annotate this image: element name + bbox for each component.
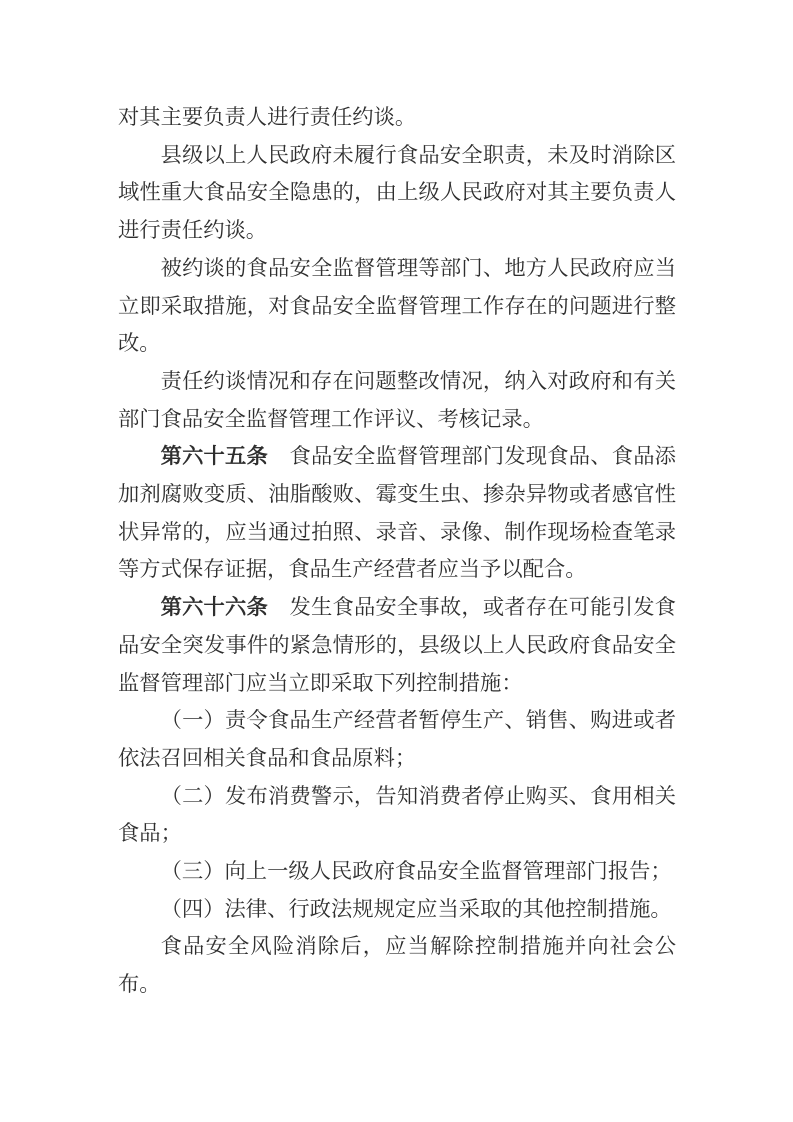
paragraph: 责任约谈情况和存在问题整改情况，纳入对政府和有关部门食品安全监督管理工作评议、考… xyxy=(118,363,676,438)
article-number: 第六十六条 xyxy=(161,595,268,619)
paragraph-article-66: 第六十六条 发生食品安全事故，或者存在可能引发食品安全突发事件的紧急情形的，县级… xyxy=(118,589,676,702)
paragraph: 食品安全风险消除后，应当解除控制措施并向社会公布。 xyxy=(118,928,676,1003)
list-item-1: （一）责令食品生产经营者暂停生产、销售、购进或者依法召回相关食品和食品原料； xyxy=(118,702,676,777)
list-item-4: （四）法律、行政法规规定应当采取的其他控制措施。 xyxy=(118,891,676,929)
list-item-2: （二）发布消费警示，告知消费者停止购买、食用相关食品； xyxy=(118,778,676,853)
list-item-3: （三）向上一级人民政府食品安全监督管理部门报告； xyxy=(118,853,676,891)
document-page: 对其主要负责人进行责任约谈。 县级以上人民政府未履行食品安全职责，未及时消除区域… xyxy=(0,0,793,1122)
paragraph-continuation: 对其主要负责人进行责任约谈。 xyxy=(118,99,676,137)
paragraph-article-65: 第六十五条 食品安全监督管理部门发现食品、食品添加剂腐败变质、油脂酸败、霉变生虫… xyxy=(118,438,676,589)
paragraph: 县级以上人民政府未履行食品安全职责，未及时消除区域性重大食品安全隐患的，由上级人… xyxy=(118,137,676,250)
paragraph: 被约谈的食品安全监督管理等部门、地方人民政府应当立即采取措施，对食品安全监督管理… xyxy=(118,250,676,363)
document-text-block: 对其主要负责人进行责任约谈。 县级以上人民政府未履行食品安全职责，未及时消除区域… xyxy=(118,99,676,1004)
article-number: 第六十五条 xyxy=(161,444,268,468)
